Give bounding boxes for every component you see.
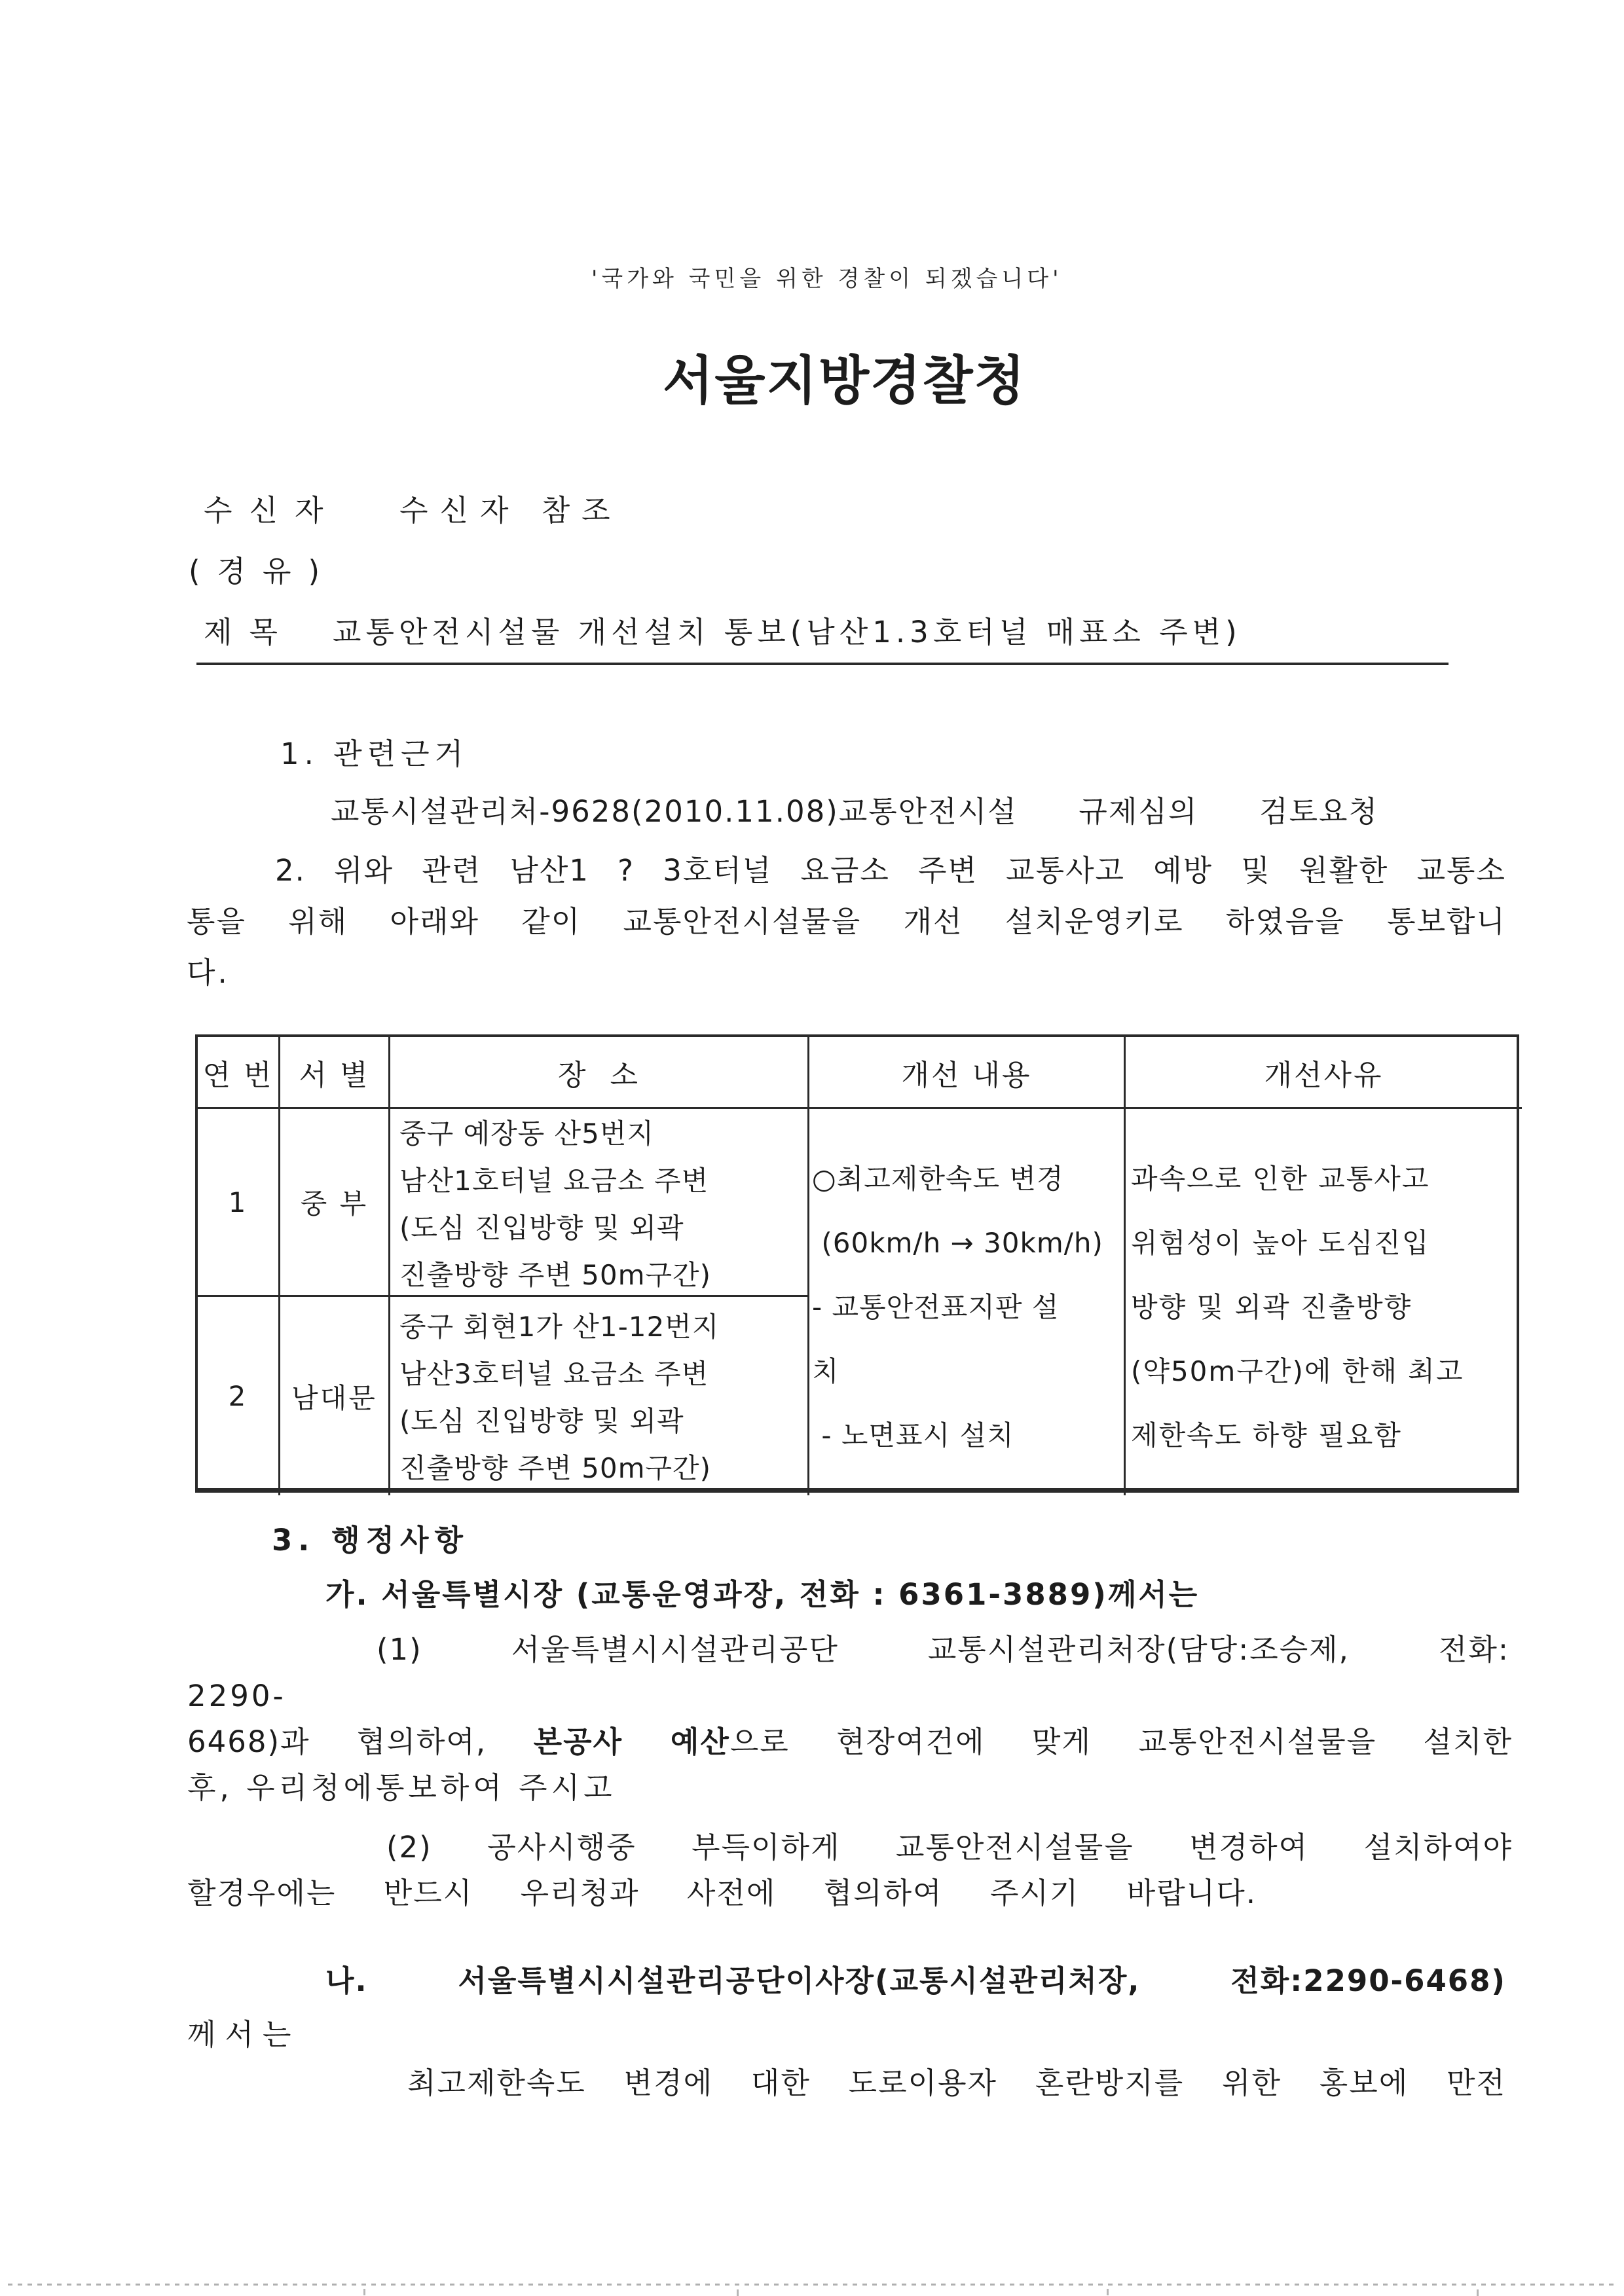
admin-item-na-body: 최고제한속도 변경에 대한 도로이용자 혼란방지를 위한 홍보에 만전 — [407, 2065, 1506, 2102]
clause-1-line-3-post: 으로 현장여건에 맞게 교통안전시설물을 설치한 — [730, 1724, 1513, 1759]
subject-text: 교통안전시설물 개선설치 통보(남산1.3호터널 매표소 주변) — [333, 614, 1242, 651]
notice-line-3: 다. — [187, 955, 230, 991]
row2-no: 2 — [198, 1297, 280, 1495]
col-header-no: 연 번 — [198, 1037, 280, 1109]
subject-divider — [196, 663, 1449, 665]
via-line: (경유) — [189, 553, 337, 590]
motto-text: '국가와 국민을 위한 경찰이 되겠습니다' — [591, 265, 1062, 293]
row1-no: 1 — [198, 1109, 280, 1297]
recipient-value: 수신자 참조 — [399, 492, 622, 529]
clause-1-line-2: 2290- — [187, 1678, 286, 1715]
improvement-cell: ○최고제한속도 변경 (60km/h → 30km/h) - 교통안전표지판 설… — [809, 1109, 1126, 1495]
scan-artifact-line — [8, 2284, 1619, 2286]
row1-location: 중구 예장동 산5번지 남산1호터널 요금소 주변 (도심 진입방향 및 외곽 … — [390, 1109, 809, 1297]
row2-station: 남대문 — [280, 1297, 390, 1495]
admin-item-na-cont: 께서는 — [187, 2016, 300, 2053]
document-page: '국가와 국민을 위한 경찰이 되겠습니다' 서울지방경찰청 수신자 수신자 참… — [0, 0, 1624, 2296]
agency-title: 서울지방경찰청 — [663, 348, 1026, 414]
notice-line-1: 2. 위와 관련 남산1 ? 3호터널 요금소 주변 교통사고 예방 및 원활한… — [275, 852, 1506, 889]
ref-body: 교통시설관리처-9628(2010.11.08)교통안전시설 규제심의 검토요청 — [331, 793, 1378, 830]
admin-heading: 3. 행정사항 — [272, 1522, 469, 1559]
notice-line-2: 통을 위해 아래와 같이 교통안전시설물을 개선 설치운영키로 하였음을 통보합… — [187, 903, 1506, 940]
clause-2-line-1: (2) 공사시행중 부득이하게 교통안전시설물을 변경하여 설치하여야 — [386, 1829, 1513, 1866]
clause-1-line-4: 후, 우리청에통보하여 주시고 — [187, 1770, 616, 1806]
row1-station: 중 부 — [280, 1109, 390, 1297]
admin-item-na: 나. 서울특별시시설관리공단이사장(교통시설관리처장, 전화:2290-6468… — [325, 1963, 1506, 1999]
clause-2-line-2: 할경우에는 반드시 우리청과 사전에 협의하여 주시기 바랍니다. — [187, 1875, 1257, 1912]
scan-artifact-tick — [737, 2289, 739, 2296]
clause-1-line-3: 6468)과 협의하여, 본공사 예산으로 현장여건에 맞게 교통안전시설물을 … — [187, 1724, 1513, 1760]
scan-artifact-tick — [1107, 2289, 1109, 2295]
scan-artifact-tick — [363, 2289, 365, 2295]
ref-heading: 1. 관련근거 — [280, 736, 468, 773]
reason-cell: 과속으로 인한 교통사고 위험성이 높아 도심진입 방향 및 외곽 진출방향 (… — [1126, 1109, 1522, 1495]
clause-1-line-3-bold: 본공사 예산 — [534, 1724, 730, 1759]
row2-location: 중구 회현1가 산1-12번지 남산3호터널 요금소 주변 (도심 진입방향 및… — [390, 1297, 809, 1495]
col-header-reason: 개선사유 — [1126, 1037, 1522, 1109]
subject-label: 제목 — [204, 614, 295, 651]
col-header-station: 서 별 — [280, 1037, 390, 1109]
scan-artifact-tick — [1477, 2289, 1479, 2296]
col-header-improvement: 개선 내용 — [809, 1037, 1126, 1109]
facilities-table: 연 번 서 별 장 소 개선 내용 개선사유 1 중 부 중구 예장동 산5번지… — [195, 1034, 1519, 1493]
clause-1-line-1: (1) 서울특별시시설관리공단 교통시설관리처장(담당:조승제, 전화: — [377, 1631, 1509, 1668]
recipient-label: 수신자 — [204, 492, 340, 529]
admin-item-ga: 가. 서울특별시장 (교통운영과장, 전화 : 6361-3889)께서는 — [325, 1576, 1199, 1613]
col-header-location: 장 소 — [390, 1037, 809, 1109]
clause-1-line-3-pre: 6468)과 협의하여, — [187, 1724, 534, 1759]
